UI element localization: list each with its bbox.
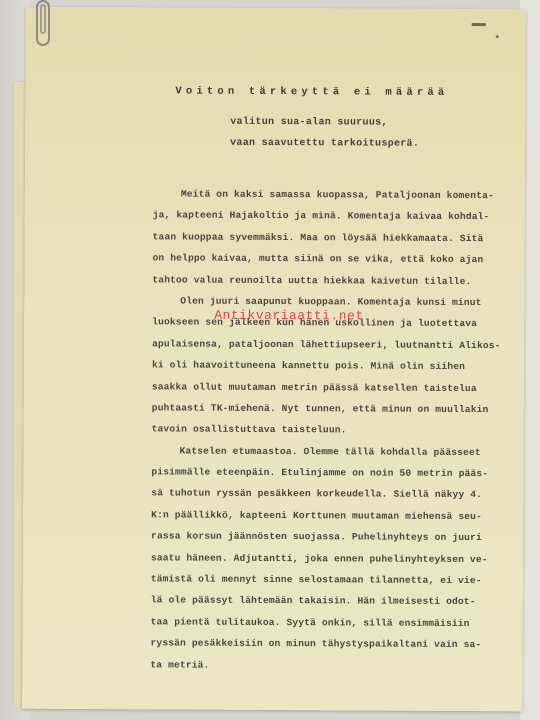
text-line: Katselen etumaastoa. Olemme tällä kohdal… <box>151 440 521 463</box>
ink-mark <box>472 23 486 26</box>
text-line: saatu häneen. Adjutantti, joka ennen puh… <box>151 547 521 570</box>
typewritten-page: Voiton tärkeyttä ei määrää valitun sua-a… <box>22 7 526 712</box>
text-line: taa pientä tulitaukoa. Syytä onkin, sill… <box>151 611 521 634</box>
text-line: rassa korsun jäännösten suojassa. Puheli… <box>151 526 521 549</box>
page-title: Voiton tärkeyttä ei määrää <box>175 85 448 98</box>
ink-speck <box>496 35 499 38</box>
text-line: lä ole päässyt lähtemään takaisin. Hän i… <box>151 590 521 613</box>
subtitle-line-2: vaan saavutettu tarkoitusperä. <box>230 138 419 150</box>
text-line: puhtaasti TK-miehenä. Nyt tunnen, että m… <box>152 397 522 420</box>
text-line: saakka ollut muutaman metrin päässä kats… <box>152 376 522 399</box>
text-line: ja, kapteeni Hajakoltio ja minä. Komenta… <box>153 205 523 228</box>
text-line: Meitä on kaksi samassa kuopassa, Pataljo… <box>153 183 523 206</box>
text-line: tämistä oli mennyt sinne selostamaan til… <box>151 568 521 591</box>
text-line: ki oli haavoittuneena kannettu pois. Min… <box>152 354 522 377</box>
paper-clip-inner-loop <box>40 4 46 34</box>
subtitle-line-1: valitun sua-alan suuruus, <box>230 117 388 129</box>
text-line: K:n päällikkö, kapteeni Korttunen muutam… <box>151 504 521 527</box>
text-line: sä tuhotun ryssän pesäkkeen korkeudella.… <box>151 483 521 506</box>
text-line: apulaisensa, pataljoonan lähettiupseeri,… <box>152 333 522 356</box>
text-line: on helppo kaivaa, mutta siinä on se vika… <box>152 248 522 271</box>
watermark: Antikvariaatti.net <box>214 308 364 324</box>
text-line: ta metriä. <box>150 654 520 677</box>
text-line: taan kuoppaa syvemmäksi. Maa on löysää h… <box>153 226 523 249</box>
text-line: pisimmälle eteenpäin. Etulinjamme on noi… <box>151 461 521 484</box>
text-line: tavoin osallistuttava taisteluun. <box>152 419 522 442</box>
text-line: ryssän pesäkkeisiin on minun tähystyspai… <box>150 633 520 656</box>
body-text: Meitä on kaksi samassa kuopassa, Pataljo… <box>150 183 523 677</box>
text-line: tahtoo valua reunoilta uutta hiekkaa kai… <box>152 269 522 292</box>
